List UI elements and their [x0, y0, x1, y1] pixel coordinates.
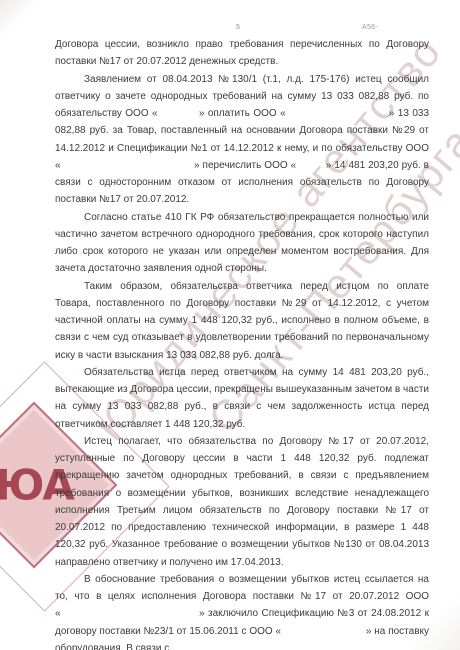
document-paragraph: Обязательства истца перед ответчиком на …: [55, 364, 429, 433]
document-paragraph: Согласно статье 410 ГК РФ обязательство …: [55, 209, 429, 278]
document-paragraph: Истец полагает, что обязательства по Дог…: [55, 433, 429, 571]
document-paragraph: Договора цессии, возникло право требован…: [55, 36, 429, 71]
page-number: 5: [236, 24, 240, 31]
document-body: Договора цессии, возникло право требован…: [55, 36, 429, 650]
document-paragraph: Заявлением от 08.04.2013 №130/1 (т.1, л.…: [55, 71, 429, 209]
document-paragraph: В обоснование требования о возмещении уб…: [55, 571, 429, 650]
document-paragraph: Таким образом, обязательства ответчика п…: [55, 278, 429, 364]
case-number: А56-: [362, 24, 378, 31]
document-page: Юридическое агентство Санкт-Петербурга Ю…: [0, 0, 460, 650]
